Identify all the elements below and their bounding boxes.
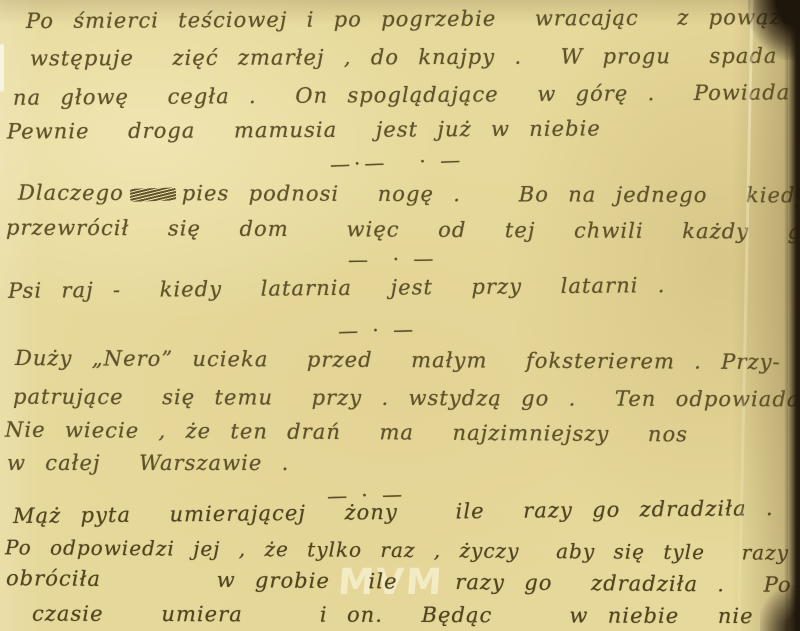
handwritten-line: Nie wiecie , że ten drań ma najzimniejsz… [5, 419, 688, 447]
line-text: pies podnosi nogę . Bo na jednego kiedyś [182, 181, 800, 207]
crossed-out-word [130, 187, 176, 201]
handwritten-line: w całej Warszawie . [7, 452, 289, 475]
handwritten-line: obróciła w grobie ile razy go zdradziła … [6, 567, 800, 598]
handwritten-line: na głowę cegła . On spoglądające w górę … [13, 81, 790, 110]
page-edge-right [784, 0, 800, 631]
section-divider: — · — [338, 317, 418, 343]
page-corner-bottom-right [760, 585, 800, 631]
scan-edge-sliver [0, 44, 4, 92]
notebook-page: Po śmierci teściowej i po pogrzebie wrac… [0, 0, 800, 631]
handwritten-line: Po odpowiedzi jej , że tylko raz , życzy… [5, 536, 789, 563]
handwritten-line: Duży „Nero” ucieka przed małym foksterie… [15, 347, 781, 374]
handwritten-line: patrujące się temu przy . wstydzą go . T… [13, 386, 800, 412]
page-corner-top-right [748, 0, 800, 60]
section-divider: — · — [348, 246, 438, 272]
handwritten-line: przewrócił się dom więc od tej chwili ka… [6, 217, 800, 245]
section-divider: —·— · — [330, 148, 465, 177]
handwritten-line: wstępuje zięć zmarłej , do knajpy . W pr… [30, 45, 800, 71]
handwritten-line: Pewnie droga mamusia jest już w niebie [7, 117, 601, 143]
handwritten-line: Psi raj - kiedy latarnia jest przy latar… [8, 274, 666, 303]
handwritten-line: czasie umiera i on. Będąc w niebie nie w… [32, 603, 800, 629]
line-text: Dlaczego [18, 181, 124, 205]
handwritten-line: Mąż pyta umierającej żony ile razy go zd… [13, 497, 774, 528]
handwritten-line: Po śmierci teściowej i po pogrzebie wrac… [26, 6, 800, 33]
handwritten-line: Dlaczegopies podnosi nogę . Bo na jedneg… [18, 182, 800, 208]
